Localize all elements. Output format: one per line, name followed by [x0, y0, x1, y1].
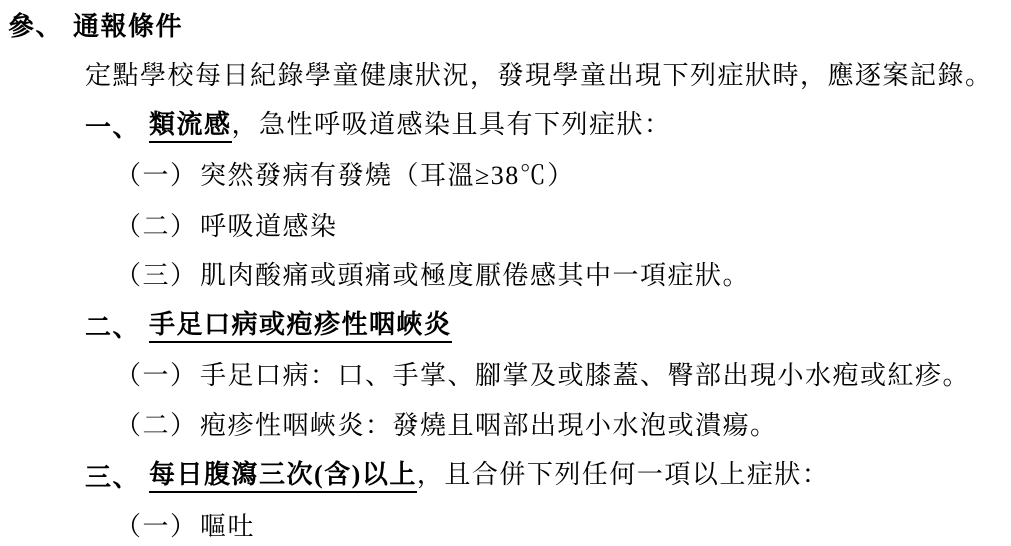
section-1-heading: 一、類流感，急性呼吸道感染且具有下列症狀： [85, 110, 672, 143]
list-item-text: 突然發病有發燒（耳溫≥38℃） [200, 161, 575, 190]
list-item: （三）肌肉酸痛或頭痛或極度厭倦感其中一項症狀。 [115, 261, 750, 291]
section-2-title: 手足口病或疱疹性咽峽炎 [149, 310, 452, 343]
list-item-number: （二） [115, 212, 200, 242]
list-item: （一）嘔吐 [115, 512, 255, 542]
list-item: （一）突然發病有發燒（耳溫≥38℃） [115, 161, 575, 191]
section-2-heading: 二、手足口病或疱疹性咽峽炎 [85, 310, 452, 343]
intro-paragraph: 定點學校每日紀錄學童健康狀況，發現學童出現下列症狀時，應逐案記錄。 [85, 61, 993, 91]
section-3-heading: 三、每日腹瀉三次(含)以上，且合併下列任何一項以上症狀： [85, 460, 829, 493]
list-item: （二）呼吸道感染 [115, 212, 338, 242]
heading-title: 通報條件 [73, 12, 183, 41]
section-1-title-suffix: ，急性呼吸道感染且具有下列症狀： [232, 110, 672, 139]
section-3-title: 每日腹瀉三次(含)以上 [149, 460, 417, 493]
list-item-number: （一） [115, 361, 200, 391]
section-2-number: 二、 [85, 313, 149, 343]
list-item-number: （一） [115, 161, 200, 191]
document-page: 參、通報條件 定點學校每日紀錄學童健康狀況，發現學童出現下列症狀時，應逐案記錄。… [0, 0, 1011, 546]
list-item-number: （三） [115, 261, 200, 291]
section-1-title: 類流感 [149, 110, 232, 143]
list-item: （一）手足口病：口、手掌、腳掌及或膝蓋、臀部出現小水疱或紅疹。 [115, 361, 970, 391]
list-item-text: 肌肉酸痛或頭痛或極度厭倦感其中一項症狀。 [200, 261, 750, 290]
list-item: （二）疱疹性咽峽炎：發燒且咽部出現小水泡或潰瘍。 [115, 411, 778, 441]
list-item-text: 疱疹性咽峽炎：發燒且咽部出現小水泡或潰瘍。 [200, 411, 778, 440]
heading-number: 參、 [8, 12, 73, 42]
list-item-number: （二） [115, 411, 200, 441]
list-item-text: 手足口病：口、手掌、腳掌及或膝蓋、臀部出現小水疱或紅疹。 [200, 361, 970, 390]
section-1-number: 一、 [85, 113, 149, 143]
section-3-number: 三、 [85, 463, 149, 493]
list-item-text: 呼吸道感染 [200, 212, 338, 241]
list-item-text: 嘔吐 [200, 512, 255, 541]
section-3-title-suffix: ，且合併下列任何一項以上症狀： [417, 460, 830, 489]
list-item-number: （一） [115, 512, 200, 542]
section-heading: 參、通報條件 [8, 12, 183, 42]
